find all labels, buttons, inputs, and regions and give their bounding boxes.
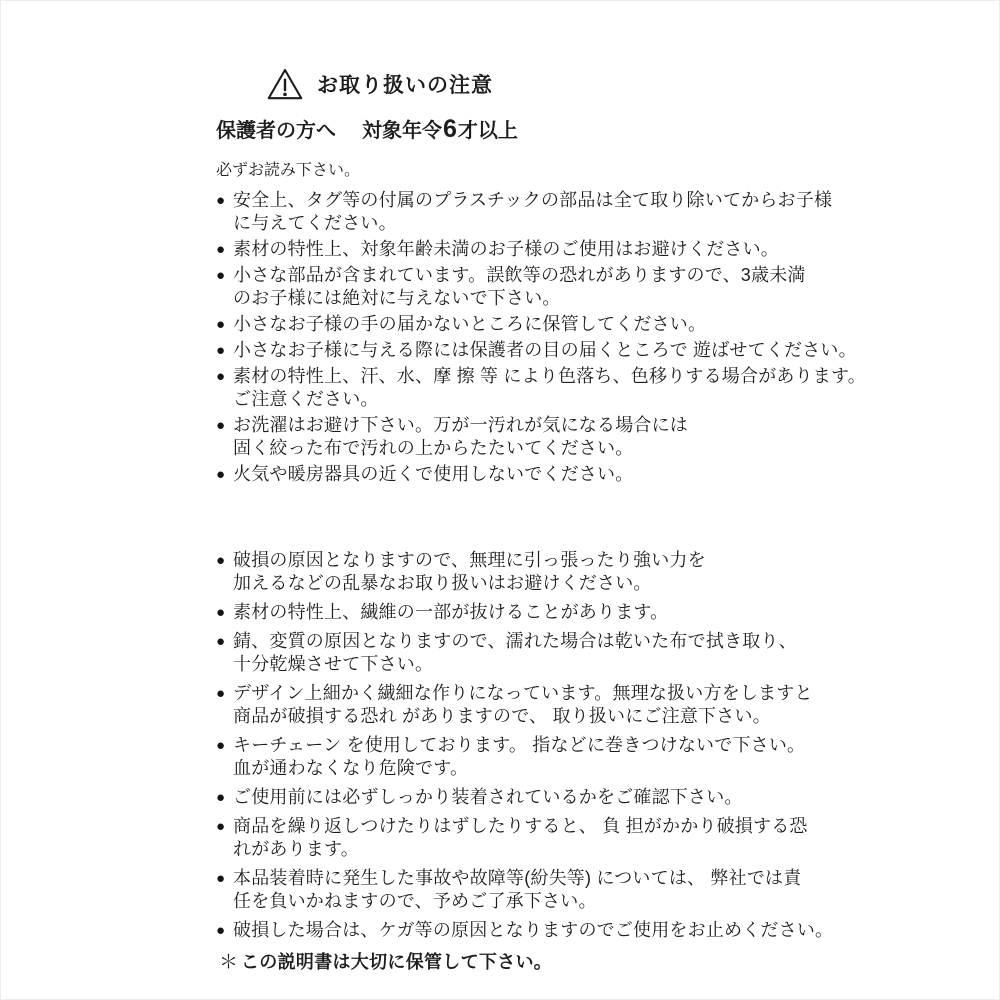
item-text: に与えてください。 [233, 212, 856, 235]
age-number: 6 [442, 115, 458, 144]
asterisk-marker: ＊ [216, 951, 241, 975]
caution-list-section-2: ● 破損の原因となりますので、無理に引っ張ったり強い力を 加えるなどの乱暴なお取… [216, 549, 856, 942]
bullet-icon: ● [216, 313, 233, 336]
item-text: 固く絞った布で汚れの上からたたいてください。 [233, 437, 856, 460]
age-suffix: 才以上 [458, 114, 518, 143]
item-text: 破損の原因となりますので、無理に引っ張ったり強い力を [233, 549, 856, 572]
item-text: 商品を繰り返しつけたりはずしたりすると、 負 担がかかり破損する恐 [233, 815, 856, 838]
list-item: ● 本品装着時に発生した事故や故障等(紛失等) については、 弊社では責 任を負… [216, 867, 856, 913]
item-text: 小さなお子様に与える際には保護者の目の届くところで 遊ばせてください。 [233, 339, 857, 362]
list-item: ● お洗濯はお避け下さい。万が一汚れが気になる場合には 固く絞った布で汚れの上か… [216, 414, 856, 460]
item-text: 素材の特性上、繊維の一部が抜けることがあります。 [233, 601, 856, 624]
item-text: 商品が破損する恐れ がありますので、 取り扱いにご注意下さい。 [233, 705, 856, 728]
bullet-icon: ● [216, 630, 233, 653]
bullet-icon: ● [216, 189, 233, 212]
item-text: ご注意ください。 [233, 388, 866, 411]
audience-age-line: 保護者の方へ 対象年令 6 才以上 [216, 114, 856, 144]
item-text: 火気や暖房器具の近くで使用しないでください。 [233, 463, 856, 486]
list-item: ● キーチェーン を使用しております。 指などに巻きつけないで下さい。 血が通わ… [216, 734, 856, 780]
bullet-icon: ● [216, 549, 233, 572]
list-item: ● 素材の特性上、対象年齢未満のお子様のご使用はお避けください。 [216, 238, 856, 261]
footnote: ＊ この説明書は大切に保管して下さい。 [216, 951, 856, 975]
bullet-icon: ● [216, 463, 233, 486]
list-item: ● デザイン上細かく繊細な作りになっています。無理な扱い方をしますと 商品が破損… [216, 682, 856, 728]
bullet-icon: ● [216, 786, 233, 809]
item-text: お洗濯はお避け下さい。万が一汚れが気になる場合には [233, 414, 856, 437]
footnote-text: この説明書は大切に保管して下さい。 [241, 951, 552, 974]
list-item: ● 錆、変質の原因となりますので、濡れた場合は乾いた布で拭き取り、 十分乾燥させ… [216, 630, 856, 676]
bullet-icon: ● [216, 238, 233, 261]
bullet-icon: ● [216, 867, 233, 890]
read-notice: 必ずお読み下さい。 [216, 157, 856, 180]
item-text: 血が通わなくなり危険です。 [233, 757, 856, 780]
item-text: 加えるなどの乱暴なお取り扱いはお避けください。 [233, 572, 856, 595]
item-text: 素材の特性上、汗、水、摩 擦 等 により色落ち、色移りする場合があります。 [233, 365, 866, 388]
item-text: 破損した場合は、ケガ等の原因となりますのでご使用をお止めください。 [233, 919, 856, 942]
caution-sheet: お取り扱いの注意 保護者の方へ 対象年令 6 才以上 必ずお読み下さい。 ● 安… [0, 0, 1000, 1000]
list-item: ● 小さなお子様の手の届かないところに保管してください。 [216, 313, 856, 336]
list-item: ● 安全上、タグ等の付属のプラスチックの部品は全て取り除いてからお子様 に与えて… [216, 189, 856, 235]
bullet-icon: ● [216, 919, 233, 942]
list-item: ● 火気や暖房器具の近くで使用しないでください。 [216, 463, 856, 486]
item-text: ご使用前には必ずしっかり装着されているかをご確認下さい。 [233, 786, 856, 809]
item-text: 本品装着時に発生した事故や故障等(紛失等) については、 弊社では責 [233, 867, 856, 890]
list-item: ● 素材の特性上、汗、水、摩 擦 等 により色落ち、色移りする場合があります。 … [216, 365, 856, 411]
caution-sheet-content: お取り扱いの注意 保護者の方へ 対象年令 6 才以上 必ずお読み下さい。 ● 安… [216, 65, 856, 975]
page-title: お取り扱いの注意 [317, 69, 493, 99]
bullet-icon: ● [216, 815, 233, 838]
title-row: お取り扱いの注意 [266, 65, 856, 103]
audience-label: 保護者の方へ [216, 114, 336, 143]
item-text: 安全上、タグ等の付属のプラスチックの部品は全て取り除いてからお子様 [233, 189, 856, 212]
caution-list-section-1: ● 安全上、タグ等の付属のプラスチックの部品は全て取り除いてからお子様 に与えて… [216, 189, 856, 486]
list-item: ● 破損の原因となりますので、無理に引っ張ったり強い力を 加えるなどの乱暴なお取… [216, 549, 856, 595]
item-text: 十分乾燥させて下さい。 [233, 653, 856, 676]
warning-triangle-icon [266, 67, 304, 101]
item-text: 小さな部品が含まれています。誤飲等の恐れがありますので、3歳未満 [233, 264, 856, 287]
list-item: ● 小さなお子様に与える際には保護者の目の届くところで 遊ばせてください。 [216, 339, 856, 362]
item-text: キーチェーン を使用しております。 指などに巻きつけないで下さい。 [233, 734, 856, 757]
list-item: ● 小さな部品が含まれています。誤飲等の恐れがありますので、3歳未満 のお子様に… [216, 264, 856, 310]
list-item: ● 素材の特性上、繊維の一部が抜けることがあります。 [216, 601, 856, 624]
list-item: ● 破損した場合は、ケガ等の原因となりますのでご使用をお止めください。 [216, 919, 856, 942]
age-prefix: 対象年令 [362, 114, 442, 143]
item-text: デザイン上細かく繊細な作りになっています。無理な扱い方をしますと [233, 682, 856, 705]
bullet-icon: ● [216, 365, 233, 388]
list-item: ● ご使用前には必ずしっかり装着されているかをご確認下さい。 [216, 786, 856, 809]
item-text: 錆、変質の原因となりますので、濡れた場合は乾いた布で拭き取り、 [233, 630, 856, 653]
list-item: ● 商品を繰り返しつけたりはずしたりすると、 負 担がかかり破損する恐 れがあり… [216, 815, 856, 861]
item-text: 任を負いかねますので、予めご了承下さい。 [233, 890, 856, 913]
bullet-icon: ● [216, 339, 233, 362]
bullet-icon: ● [216, 264, 233, 287]
bullet-icon: ● [216, 682, 233, 705]
item-text: れがあります。 [233, 838, 856, 861]
bullet-icon: ● [216, 601, 233, 624]
bullet-icon: ● [216, 734, 233, 757]
item-text: 小さなお子様の手の届かないところに保管してください。 [233, 313, 856, 336]
item-text: 素材の特性上、対象年齢未満のお子様のご使用はお避けください。 [233, 238, 856, 261]
item-text: のお子様には絶対に与えないで下さい。 [233, 287, 856, 310]
bullet-icon: ● [216, 414, 233, 437]
